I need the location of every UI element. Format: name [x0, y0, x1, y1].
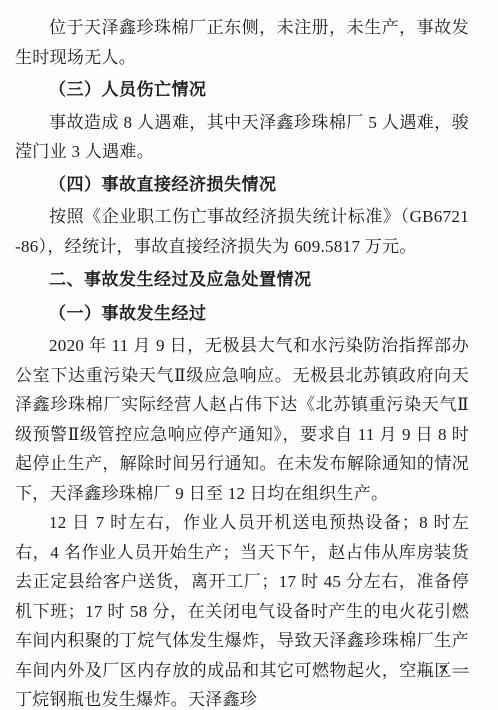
heading-casualty-situation: （三）人员伤亡情况 — [15, 75, 469, 105]
para-emergency-response-notice: 2020 年 11 月 9 日，无极县大气和水污染防治指挥部办公室下达重污染天气… — [15, 331, 469, 508]
document-body: 位于天泽鑫珍珠棉厂正东侧，未注册，未生产，事故发生时现场无人。 （三）人员伤亡情… — [15, 13, 469, 710]
document-page: 位于天泽鑫珍珠棉厂正东侧，未注册，未生产，事故发生时现场无人。 （三）人员伤亡情… — [0, 0, 498, 710]
para-economic-loss-details: 按照《企业职工伤亡事故经济损失统计标准》（GB6721-86），经统计，事故直接… — [15, 202, 469, 261]
page-number: — 7 — — [417, 662, 470, 682]
para-casualty-details: 事故造成 8 人遇难，其中天泽鑫珍珠棉厂 5 人遇难，骏滢门业 3 人遇难。 — [15, 108, 469, 167]
para-factory-location-status: 位于天泽鑫珍珠棉厂正东侧，未注册，未生产，事故发生时现场无人。 — [15, 13, 469, 72]
heading-economic-loss: （四）事故直接经济损失情况 — [15, 170, 469, 200]
para-accident-day-timeline: 12 日 7 时左右，作业人员开机送电预热设备；8 时左右，4 名作业人员开始生… — [15, 508, 469, 710]
heading-section-2-accident-course: 二、事故发生经过及应急处置情况 — [15, 265, 469, 295]
heading-accident-course: （一）事故发生经过 — [15, 299, 469, 329]
